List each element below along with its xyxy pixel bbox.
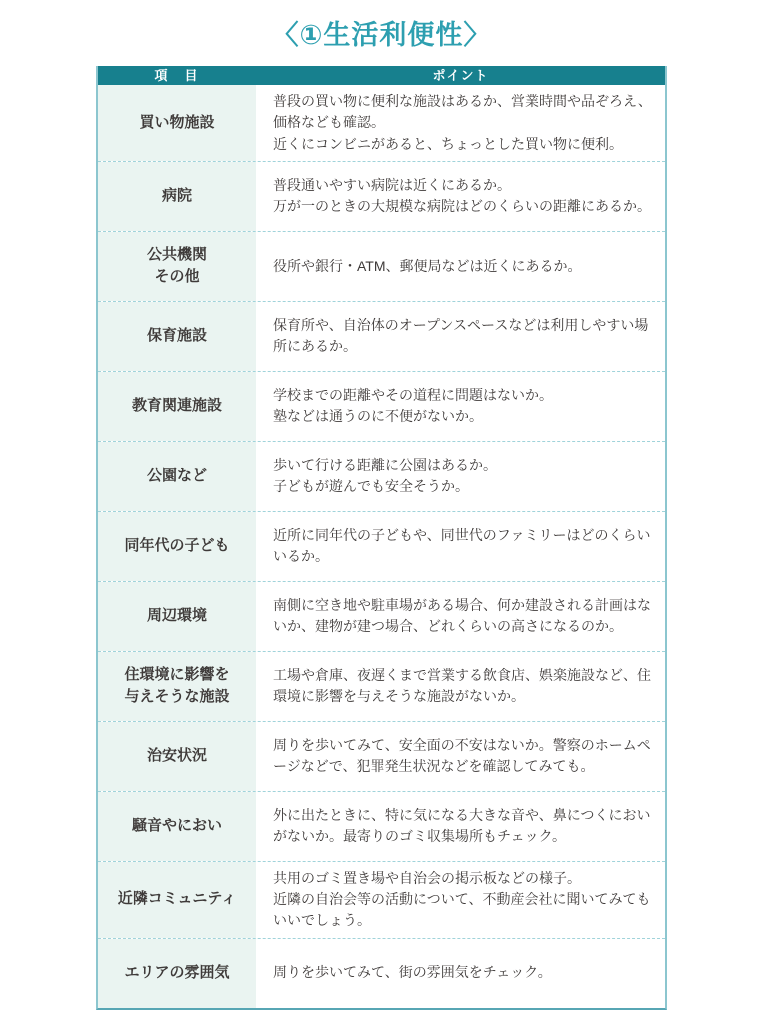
point-cell: 南側に空き地や駐車場がある場合、何か建設される計画はないか、建物が建つ場合、どれ… — [256, 582, 665, 651]
table-row: 公共機関 その他 役所や銀行・ATM、郵便局などは近くにあるか。 — [98, 231, 665, 301]
point-cell: 歩いて行ける距離に公園はあるか。 子どもが遊んでも安全そうか。 — [256, 442, 665, 511]
table-header-row: 項 目 ポイント — [98, 66, 665, 85]
point-cell: 近所に同年代の子どもや、同世代のファミリーはどのくらいいるか。 — [256, 512, 665, 581]
item-cell: 病院 — [98, 162, 256, 231]
item-cell: 同年代の子ども — [98, 512, 256, 581]
header-item-column: 項 目 — [98, 66, 256, 85]
document-page: 〈①生活利便性〉 項 目 ポイント 買い物施設 普段の買い物に便利な施設はあるか… — [0, 0, 763, 1024]
point-cell: 工場や倉庫、夜遅くまで営業する飲食店、娯楽施設など、住環境に影響を与えそうな施設… — [256, 652, 665, 721]
point-cell: 保育所や、自治体のオープンスペースなどは利用しやすい場所にあるか。 — [256, 302, 665, 371]
table-row: 病院 普段通いやすい病院は近くにあるか。 万が一のときの大規模な病院はどのくらい… — [98, 161, 665, 231]
item-cell: 教育関連施設 — [98, 372, 256, 441]
point-cell: 周りを歩いてみて、安全面の不安はないか。警察のホームページなどで、犯罪発生状況な… — [256, 722, 665, 791]
item-cell: 住環境に影響を 与えそうな施設 — [98, 652, 256, 721]
item-cell: 騒音やにおい — [98, 792, 256, 861]
table-row: 公園など 歩いて行ける距離に公園はあるか。 子どもが遊んでも安全そうか。 — [98, 441, 665, 511]
point-cell: 外に出たときに、特に気になる大きな音や、鼻につくにおいがないか。最寄りのゴミ収集… — [256, 792, 665, 861]
table-row: 周辺環境 南側に空き地や駐車場がある場合、何か建設される計画はないか、建物が建つ… — [98, 581, 665, 651]
point-cell: 普段の買い物に便利な施設はあるか、営業時間や品ぞろえ、価格なども確認。 近くにコ… — [256, 85, 665, 161]
table-row: 保育施設 保育所や、自治体のオープンスペースなどは利用しやすい場所にあるか。 — [98, 301, 665, 371]
point-cell: 学校までの距離やその道程に問題はないか。 塾などは通うのに不便がないか。 — [256, 372, 665, 441]
item-cell: 公園など — [98, 442, 256, 511]
header-point-column: ポイント — [256, 66, 665, 85]
item-cell: 保育施設 — [98, 302, 256, 371]
point-cell: 普段通いやすい病院は近くにあるか。 万が一のときの大規模な病院はどのくらいの距離… — [256, 162, 665, 231]
table-row: 騒音やにおい 外に出たときに、特に気になる大きな音や、鼻につくにおいがないか。最… — [98, 791, 665, 861]
table-row: 近隣コミュニティ 共用のゴミ置き場や自治会の掲示板などの様子。 近隣の自治会等の… — [98, 861, 665, 938]
living-convenience-table: 項 目 ポイント 買い物施設 普段の買い物に便利な施設はあるか、営業時間や品ぞろ… — [96, 66, 667, 1010]
table-row: 教育関連施設 学校までの距離やその道程に問題はないか。 塾などは通うのに不便がな… — [98, 371, 665, 441]
item-cell: 治安状況 — [98, 722, 256, 791]
point-cell: 周りを歩いてみて、街の雰囲気をチェック。 — [256, 939, 665, 1008]
item-cell: 公共機関 その他 — [98, 232, 256, 301]
item-cell: 買い物施設 — [98, 85, 256, 161]
item-cell: エリアの雰囲気 — [98, 939, 256, 1008]
point-cell: 役所や銀行・ATM、郵便局などは近くにあるか。 — [256, 232, 665, 301]
table-row: 住環境に影響を 与えそうな施設 工場や倉庫、夜遅くまで営業する飲食店、娯楽施設な… — [98, 651, 665, 721]
table-row: 治安状況 周りを歩いてみて、安全面の不安はないか。警察のホームページなどで、犯罪… — [98, 721, 665, 791]
page-title: 〈①生活利便性〉 — [0, 0, 763, 52]
item-cell: 近隣コミュニティ — [98, 862, 256, 938]
point-cell: 共用のゴミ置き場や自治会の掲示板などの様子。 近隣の自治会等の活動について、不動… — [256, 862, 665, 938]
item-cell: 周辺環境 — [98, 582, 256, 651]
table-row: 同年代の子ども 近所に同年代の子どもや、同世代のファミリーはどのくらいいるか。 — [98, 511, 665, 581]
table-row: エリアの雰囲気 周りを歩いてみて、街の雰囲気をチェック。 — [98, 938, 665, 1008]
table-row: 買い物施設 普段の買い物に便利な施設はあるか、営業時間や品ぞろえ、価格なども確認… — [98, 85, 665, 161]
